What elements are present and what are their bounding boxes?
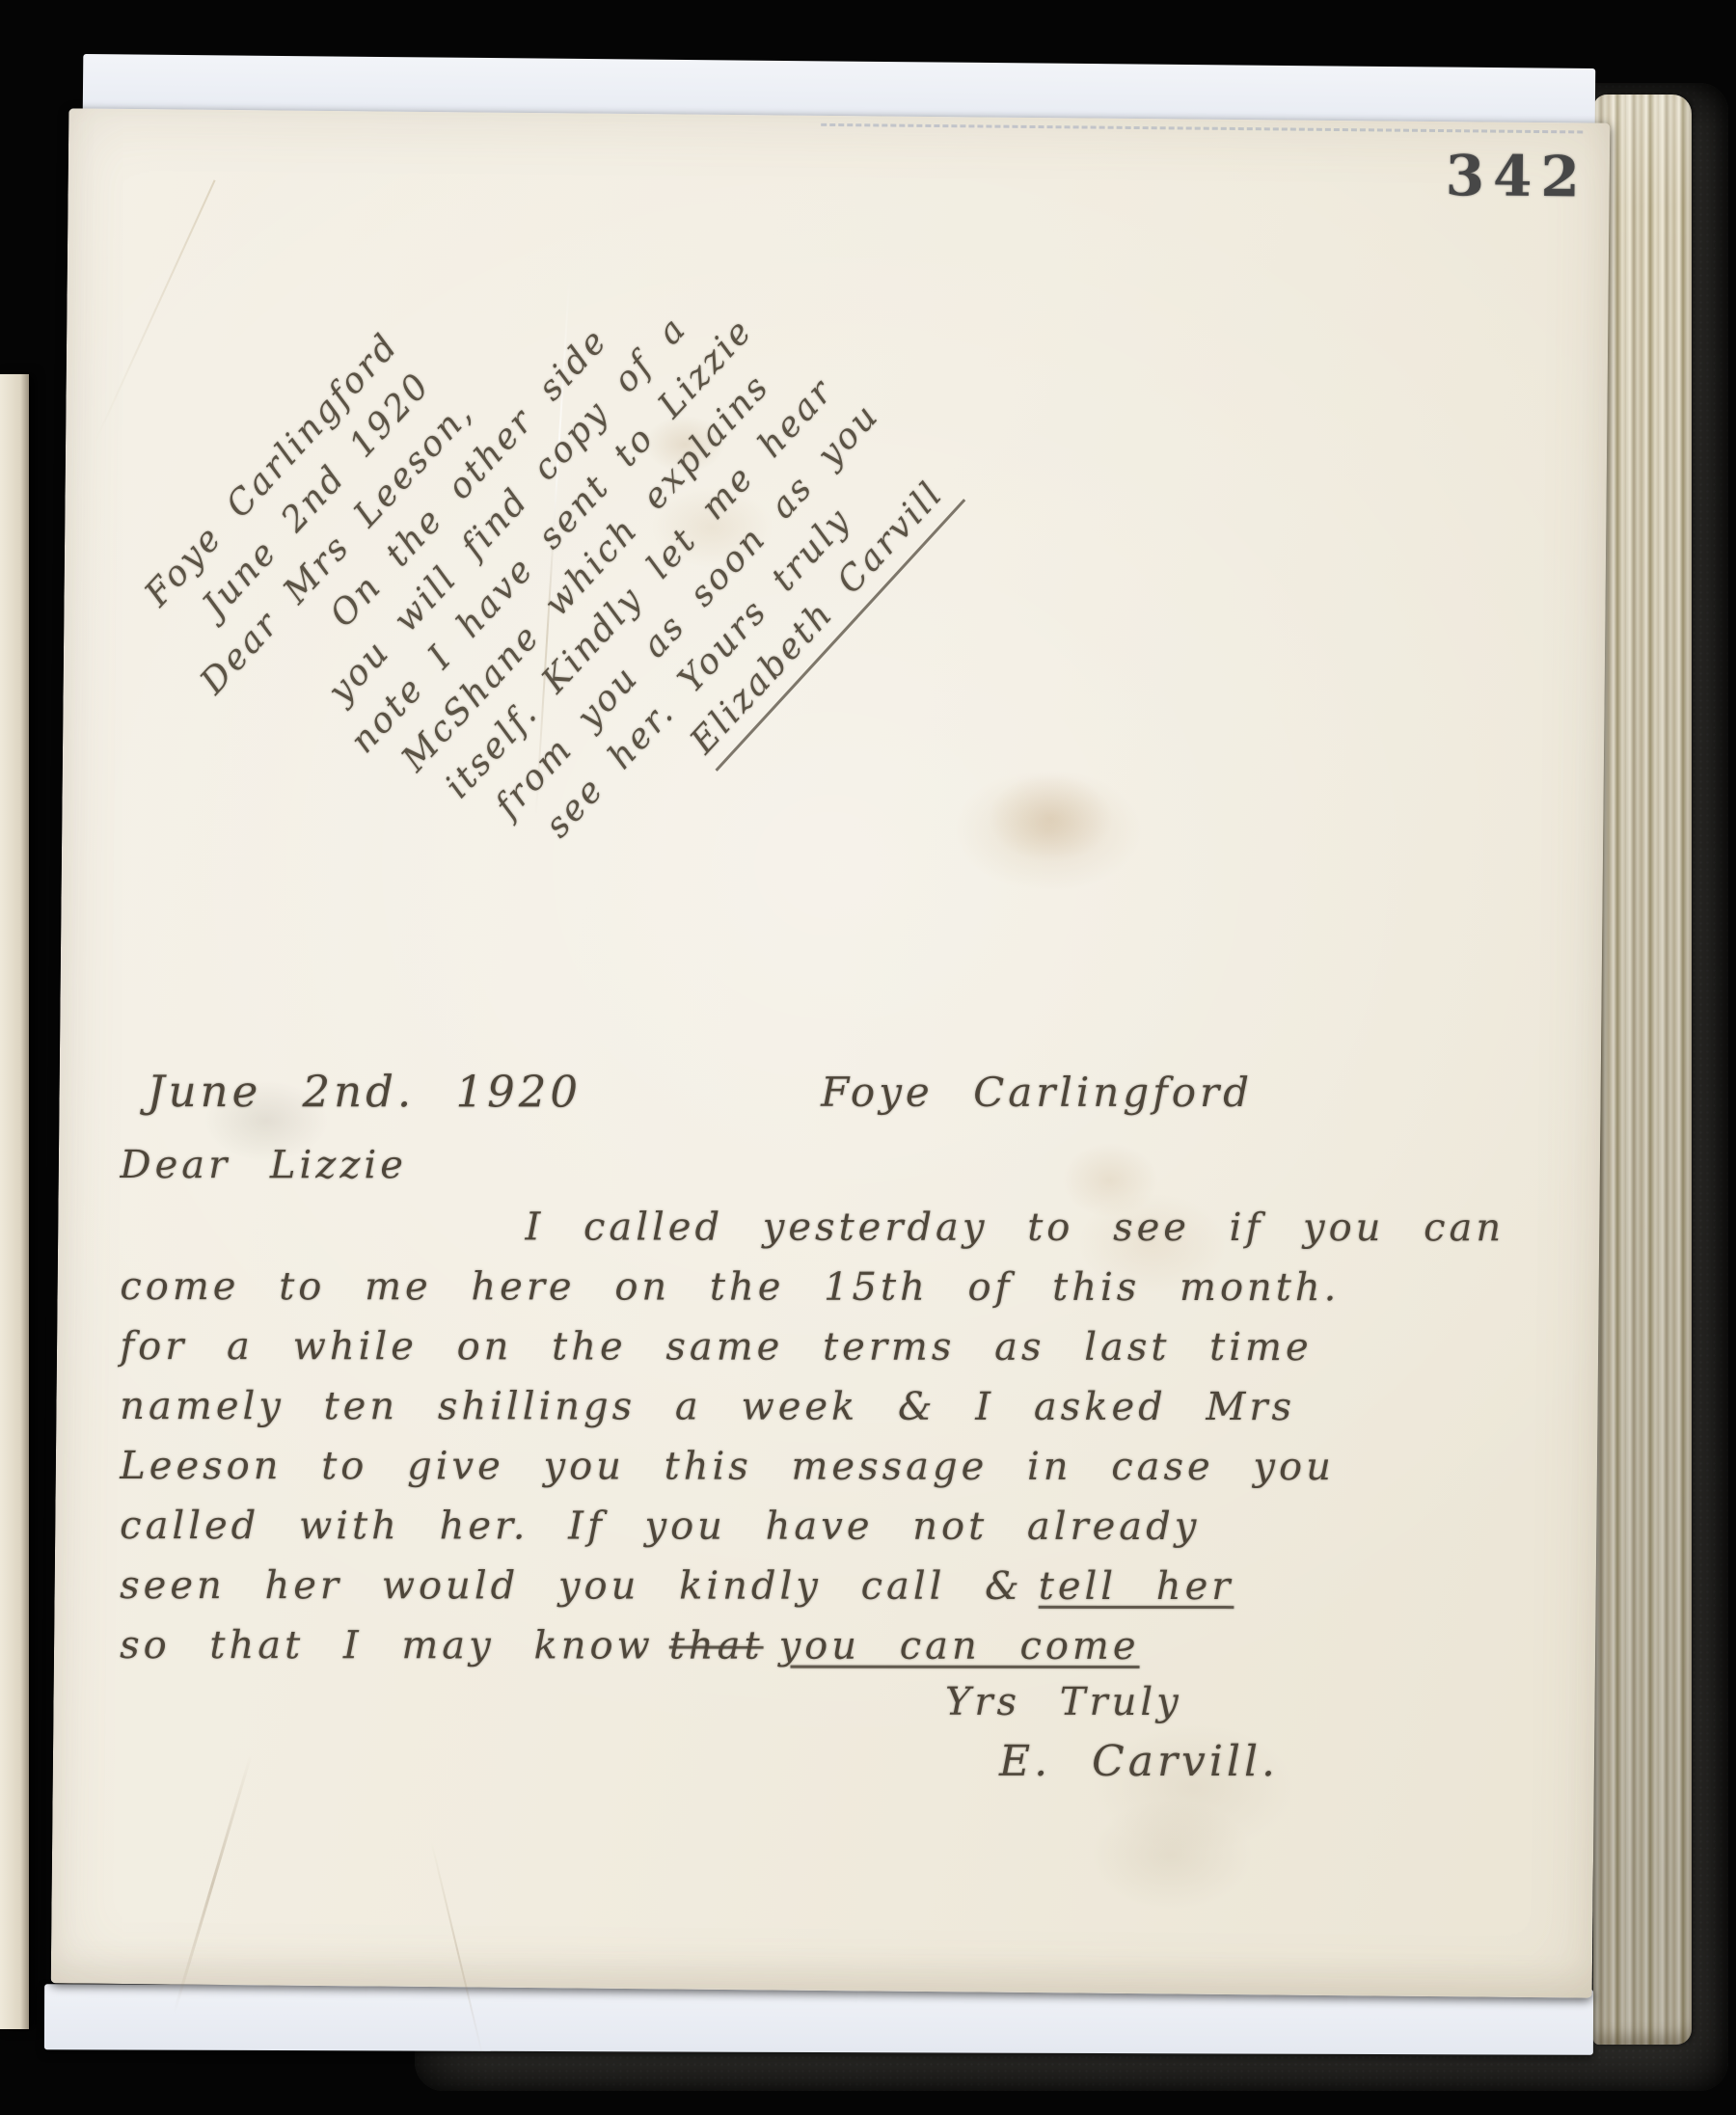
main-letter-line: so that I may knowthatyou can come — [120, 1615, 1470, 1676]
main-letter-place: Foye Carlingford — [821, 1063, 1253, 1123]
main-letter-line: I called yesterday to see if you can — [120, 1197, 1470, 1258]
struck-word: that — [669, 1624, 764, 1668]
book-scan: { "page_number": "342", "diagonal_letter… — [0, 0, 1736, 2115]
page-number-stamp: 342 — [1445, 143, 1588, 209]
diagonal-letter: Foye Carlingford June 2nd 1920 Dear Mrs … — [112, 68, 1017, 985]
manuscript-page: 342 Foye Carlingford June 2nd 1920 Dear … — [51, 108, 1611, 1997]
main-letter-line: for a while on the same terms as last ti… — [120, 1316, 1470, 1377]
binding-stitch-marks — [821, 123, 1583, 134]
paper-stain — [988, 773, 1114, 863]
main-letter-closing: Yrs Truly — [945, 1672, 1470, 1732]
underlined-phrase: you can come — [779, 1624, 1140, 1668]
main-letter-line: Leeson to give you this message in case … — [120, 1436, 1470, 1497]
paper-crease — [94, 179, 215, 444]
underlined-phrase: tell her — [1039, 1564, 1234, 1609]
previous-page-edge — [0, 374, 29, 2029]
main-letter-line: called with her. If you have not already — [120, 1496, 1470, 1557]
main-letter-salutation: Dear Lizzie — [120, 1135, 1470, 1196]
main-letter-line: seen her would you kindly call &tell her — [120, 1556, 1470, 1616]
main-letter-date: June 2nd. 1920 — [148, 1062, 583, 1122]
paper-stain — [1088, 1799, 1253, 1912]
page-edge-stack — [1593, 95, 1692, 2045]
main-letter-line: come to me here on the 15th of this mont… — [120, 1257, 1470, 1317]
main-letter-line: namely ten shillings a week & I asked Mr… — [120, 1376, 1470, 1437]
main-letter-signature: E. Carvill. — [999, 1732, 1470, 1792]
main-letter-heading: June 2nd. 1920 Foye Carlingford — [121, 1062, 1471, 1123]
paper-crease — [173, 1754, 253, 2014]
main-letter: June 2nd. 1920 Foye Carlingford Dear Liz… — [120, 1062, 1471, 1792]
